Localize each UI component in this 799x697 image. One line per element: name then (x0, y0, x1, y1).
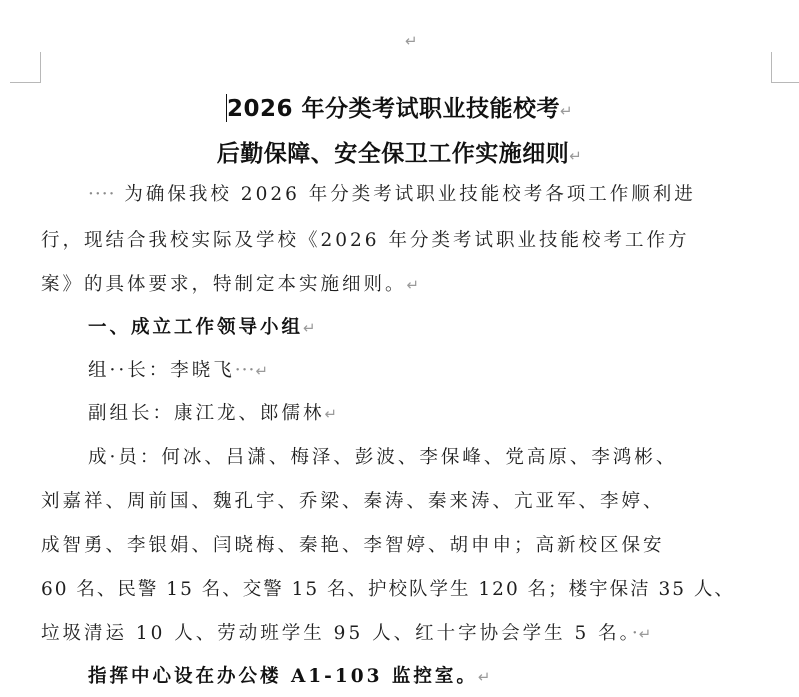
deputy-leader-line[interactable]: 副组长：康江龙、郎儒林↵ (88, 399, 799, 425)
paragraph-mark: ↵ (639, 625, 655, 643)
intro-line-1[interactable]: ···· 为确保我校 2026 年分类考试职业技能校考各项工作顺利进 (88, 180, 799, 206)
members-line-4[interactable]: 60 名、民警 15 名、交警 15 名、护校队学生 120 名；楼宇保洁 35… (41, 575, 771, 601)
paragraph-mark: ↵ (569, 147, 582, 165)
paragraph-mark: ↵ (303, 319, 319, 337)
paragraph-mark: ↵ (407, 276, 423, 294)
title-line-1[interactable]: 2026 年分类考试职业技能校考↵ (0, 90, 799, 123)
command-center-line[interactable]: 指挥中心设在办公楼 A1-103 监控室。↵ (88, 662, 799, 688)
document-page[interactable]: ↵ 2026 年分类考试职业技能校考↵ 后勤保障、安全保卫工作实施细则↵ ···… (0, 0, 799, 697)
margin-corner-top-right (771, 52, 799, 83)
space-marks: ···· (88, 184, 116, 205)
header-paragraph-mark: ↵ (405, 32, 418, 50)
section-heading[interactable]: 一、成立工作领导小组↵ (88, 313, 799, 339)
intro-line-3[interactable]: 案》的具体要求，特制定本实施细则。↵ (41, 270, 771, 296)
members-line-1[interactable]: 成·员：何冰、吕潇、梅泽、彭波、李保峰、党高原、李鸿彬、 (88, 443, 799, 469)
members-line-3[interactable]: 成智勇、李银娟、闫晓梅、秦艳、李智婷、胡申申；高新校区保安 (41, 531, 771, 557)
margin-corner-top-left (10, 52, 41, 83)
members-line-2[interactable]: 刘嘉祥、周前国、魏孔宇、乔梁、秦涛、秦来涛、亢亚军、李婷、 (41, 487, 771, 513)
intro-line-2[interactable]: 行，现结合我校实际及学校《2026 年分类考试职业技能校考工作方 (41, 226, 771, 252)
paragraph-mark: ↵ (325, 405, 341, 423)
members-line-5[interactable]: 垃圾清运 10 人、劳动班学生 95 人、红十字协会学生 5 名。·↵ (41, 619, 771, 645)
paragraph-mark: ↵ (478, 668, 494, 686)
title-line-2[interactable]: 后勤保障、安全保卫工作实施细则↵ (0, 135, 799, 168)
paragraph-mark: ↵ (560, 102, 573, 120)
leader-line[interactable]: 组··长：李晓飞···↵ (88, 356, 799, 382)
paragraph-mark: ↵ (255, 362, 271, 380)
